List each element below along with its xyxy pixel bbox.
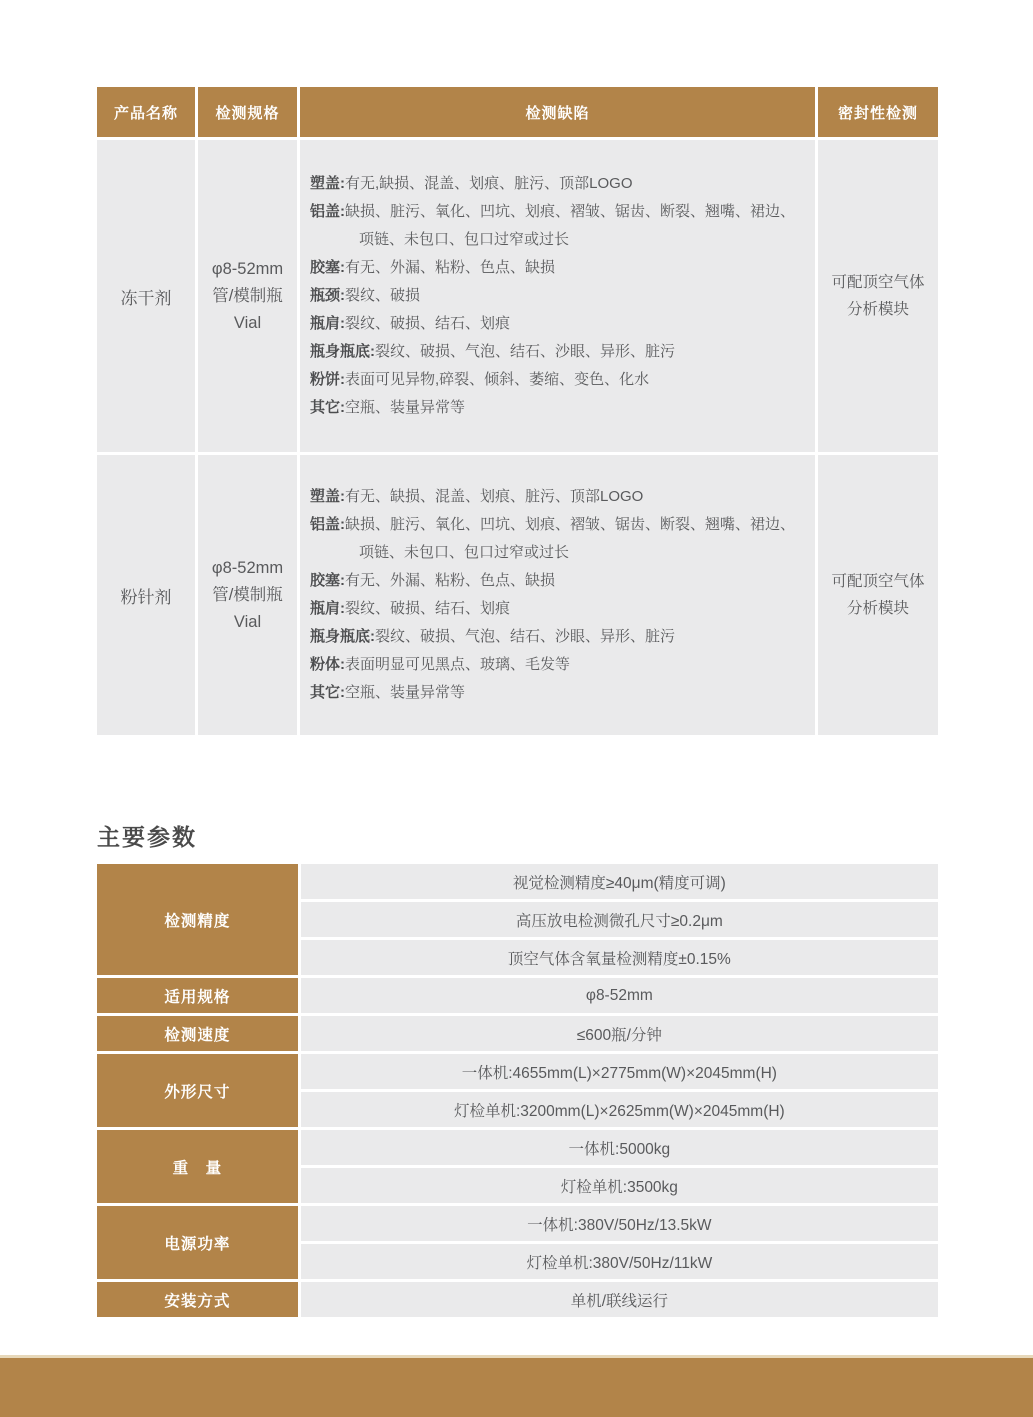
header-cell-3: 密封性检测 — [818, 87, 938, 137]
defect-items-text: 裂纹、破损、结石、划痕 — [345, 600, 510, 617]
defect-category-label: 粉体: — [310, 656, 345, 673]
defect-category-label: 铝盖: — [310, 203, 345, 220]
param-value-cell: 一体机:5000kg — [301, 1130, 938, 1165]
spec-line: φ8-52mm — [198, 256, 297, 283]
header-cell-2: 检测缺陷 — [300, 87, 815, 137]
defect-category-label: 其它: — [310, 684, 345, 701]
seal-line: 可配顶空气体 — [818, 568, 938, 595]
param-value-cell: 顶空气体含氧量检测精度±0.15% — [301, 940, 938, 975]
defect-category-label: 塑盖: — [310, 175, 345, 192]
seal-line: 分析模块 — [818, 296, 938, 323]
spec-line: 管/模制瓶 — [198, 582, 297, 609]
defect-line: 瓶肩:裂纹、破损、结石、划痕 — [310, 595, 807, 623]
product-name-cell: 粉针剂 — [97, 455, 195, 735]
products-table-header-row: 产品名称检测规格检测缺陷密封性检测 — [97, 87, 938, 137]
seal-cell: 可配顶空气体分析模块 — [818, 140, 938, 452]
param-label-cell: 检测速度 — [97, 1016, 298, 1051]
defect-line: 铝盖:缺损、脏污、氧化、凹坑、划痕、褶皱、锯齿、断裂、翘嘴、裙边、 — [310, 198, 807, 226]
defect-items-text: 表面明显可见黑点、玻璃、毛发等 — [345, 656, 570, 673]
param-value-cell: 一体机:380V/50Hz/13.5kW — [301, 1206, 938, 1241]
defect-line: 项链、未包口、包口过窄或过长 — [310, 226, 807, 254]
defect-category-label: 胶塞: — [310, 572, 345, 589]
param-label-cell: 适用规格 — [97, 978, 298, 1013]
spec-line: 管/模制瓶 — [198, 283, 297, 310]
product-row: 冻干剂φ8-52mm管/模制瓶Vial塑盖:有无,缺损、混盖、划痕、脏污、顶部L… — [97, 140, 938, 452]
product-row: 粉针剂φ8-52mm管/模制瓶Vial塑盖:有无、缺损、混盖、划痕、脏污、顶部L… — [97, 455, 938, 735]
seal-line: 分析模块 — [818, 595, 938, 622]
defects-cell: 塑盖:有无、缺损、混盖、划痕、脏污、顶部LOGO铝盖:缺损、脏污、氧化、凹坑、划… — [300, 455, 815, 735]
defect-line: 其它:空瓶、装量异常等 — [310, 394, 807, 422]
seal-line: 可配顶空气体 — [818, 269, 938, 296]
header-cell-0: 产品名称 — [97, 87, 195, 137]
param-row: 重 量一体机:5000kg — [97, 1130, 938, 1165]
param-label-cell: 安装方式 — [97, 1282, 298, 1317]
defect-items-text: 裂纹、破损、气泡、结石、沙眼、异形、脏污 — [375, 628, 675, 645]
spec-cell: φ8-52mm管/模制瓶Vial — [198, 140, 297, 452]
products-table: 产品名称检测规格检测缺陷密封性检测 冻干剂φ8-52mm管/模制瓶Vial塑盖:… — [94, 84, 941, 738]
param-value-cell: ≤600瓶/分钟 — [301, 1016, 938, 1051]
defect-items-text: 缺损、脏污、氧化、凹坑、划痕、褶皱、锯齿、断裂、翘嘴、裙边、 — [345, 516, 795, 533]
defect-category-label: 瓶颈: — [310, 287, 345, 304]
param-row: 电源功率一体机:380V/50Hz/13.5kW — [97, 1206, 938, 1241]
product-name-cell: 冻干剂 — [97, 140, 195, 452]
spec-line: Vial — [198, 609, 297, 636]
param-value-cell: 灯检单机:3200mm(L)×2625mm(W)×2045mm(H) — [301, 1092, 938, 1127]
spec-sheet-page: 产品名称检测规格检测缺陷密封性检测 冻干剂φ8-52mm管/模制瓶Vial塑盖:… — [0, 0, 1033, 1417]
seal-cell: 可配顶空气体分析模块 — [818, 455, 938, 735]
defect-items-text: 空瓶、装量异常等 — [345, 399, 465, 416]
defect-items-text: 空瓶、装量异常等 — [345, 684, 465, 701]
defect-line: 塑盖:有无,缺损、混盖、划痕、脏污、顶部LOGO — [310, 170, 807, 198]
defect-line: 项链、未包口、包口过窄或过长 — [310, 539, 807, 567]
defect-category-label: 瓶身瓶底: — [310, 343, 375, 360]
defect-line: 瓶颈:裂纹、破损 — [310, 282, 807, 310]
header-cell-1: 检测规格 — [198, 87, 297, 137]
param-row: 安装方式单机/联线运行 — [97, 1282, 938, 1317]
defect-category-label: 瓶身瓶底: — [310, 628, 375, 645]
param-value-cell: 视觉检测精度≥40μm(精度可调) — [301, 864, 938, 899]
spec-line: φ8-52mm — [198, 555, 297, 582]
param-value-cell: 单机/联线运行 — [301, 1282, 938, 1317]
defect-category-label: 粉饼: — [310, 371, 345, 388]
param-row: 适用规格φ8-52mm — [97, 978, 938, 1013]
defect-items-text: 有无、外漏、粘粉、色点、缺损 — [345, 259, 555, 276]
defect-line: 铝盖:缺损、脏污、氧化、凹坑、划痕、褶皱、锯齿、断裂、翘嘴、裙边、 — [310, 511, 807, 539]
param-label-cell: 外形尺寸 — [97, 1054, 298, 1127]
defect-category-label: 瓶肩: — [310, 600, 345, 617]
defect-items-text: 项链、未包口、包口过窄或过长 — [359, 231, 569, 248]
param-label-cell: 电源功率 — [97, 1206, 298, 1279]
defect-items-text: 有无、外漏、粘粉、色点、缺损 — [345, 572, 555, 589]
defect-line: 其它:空瓶、装量异常等 — [310, 679, 807, 707]
param-value-cell: 一体机:4655mm(L)×2775mm(W)×2045mm(H) — [301, 1054, 938, 1089]
param-value-cell: φ8-52mm — [301, 978, 938, 1013]
param-value-cell: 灯检单机:380V/50Hz/11kW — [301, 1244, 938, 1279]
defect-items-text: 有无、缺损、混盖、划痕、脏污、顶部LOGO — [345, 488, 643, 505]
defect-line: 瓶肩:裂纹、破损、结石、划痕 — [310, 310, 807, 338]
defect-line: 瓶身瓶底:裂纹、破损、气泡、结石、沙眼、异形、脏污 — [310, 623, 807, 651]
param-row: 检测精度视觉检测精度≥40μm(精度可调) — [97, 864, 938, 899]
footer-bar — [0, 1355, 1033, 1417]
section-title-main-parameters: 主要参数 — [97, 819, 197, 852]
param-label-cell: 检测精度 — [97, 864, 298, 975]
defect-items-text: 有无,缺损、混盖、划痕、脏污、顶部LOGO — [345, 175, 633, 192]
param-row: 外形尺寸一体机:4655mm(L)×2775mm(W)×2045mm(H) — [97, 1054, 938, 1089]
defect-category-label: 其它: — [310, 399, 345, 416]
defect-items-text: 项链、未包口、包口过窄或过长 — [359, 544, 569, 561]
param-value-cell: 灯检单机:3500kg — [301, 1168, 938, 1203]
defect-line: 胶塞:有无、外漏、粘粉、色点、缺损 — [310, 567, 807, 595]
defect-items-text: 缺损、脏污、氧化、凹坑、划痕、褶皱、锯齿、断裂、翘嘴、裙边、 — [345, 203, 795, 220]
defect-line: 塑盖:有无、缺损、混盖、划痕、脏污、顶部LOGO — [310, 483, 807, 511]
defect-items-text: 裂纹、破损 — [345, 287, 420, 304]
defect-category-label: 胶塞: — [310, 259, 345, 276]
defect-items-text: 裂纹、破损、气泡、结石、沙眼、异形、脏污 — [375, 343, 675, 360]
defect-category-label: 瓶肩: — [310, 315, 345, 332]
spec-line: Vial — [198, 310, 297, 337]
params-table: 检测精度视觉检测精度≥40μm(精度可调)高压放电检测微孔尺寸≥0.2μm顶空气… — [94, 861, 941, 1320]
defect-line: 胶塞:有无、外漏、粘粉、色点、缺损 — [310, 254, 807, 282]
defect-items-text: 裂纹、破损、结石、划痕 — [345, 315, 510, 332]
defect-line: 粉体:表面明显可见黑点、玻璃、毛发等 — [310, 651, 807, 679]
param-value-cell: 高压放电检测微孔尺寸≥0.2μm — [301, 902, 938, 937]
spec-cell: φ8-52mm管/模制瓶Vial — [198, 455, 297, 735]
defect-line: 粉饼:表面可见异物,碎裂、倾斜、萎缩、变色、化水 — [310, 366, 807, 394]
defect-category-label: 塑盖: — [310, 488, 345, 505]
defect-items-text: 表面可见异物,碎裂、倾斜、萎缩、变色、化水 — [345, 371, 649, 388]
defect-line: 瓶身瓶底:裂纹、破损、气泡、结石、沙眼、异形、脏污 — [310, 338, 807, 366]
defect-category-label: 铝盖: — [310, 516, 345, 533]
param-label-cell: 重 量 — [97, 1130, 298, 1203]
param-row: 检测速度≤600瓶/分钟 — [97, 1016, 938, 1051]
defects-cell: 塑盖:有无,缺损、混盖、划痕、脏污、顶部LOGO铝盖:缺损、脏污、氧化、凹坑、划… — [300, 140, 815, 452]
